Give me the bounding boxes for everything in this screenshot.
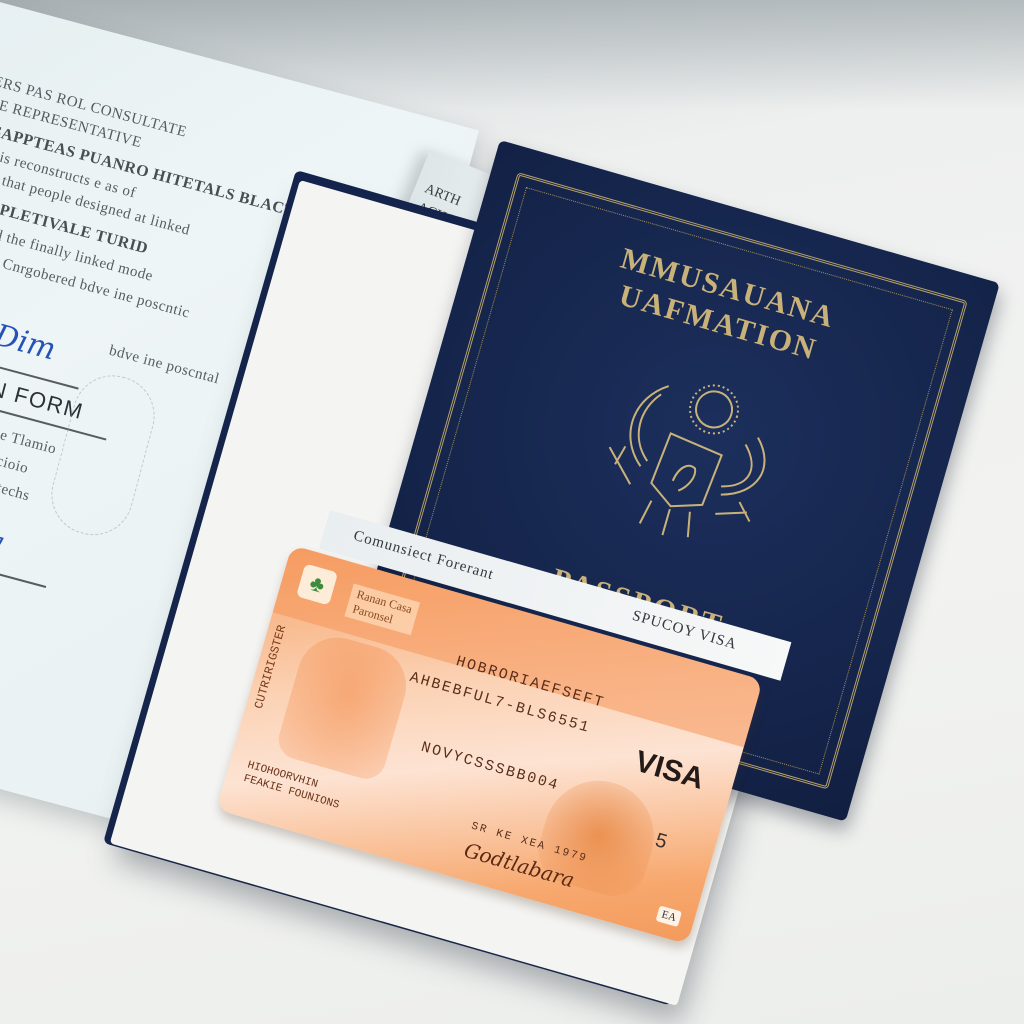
visa-number-row: NOVYCSSSBB004 xyxy=(419,739,561,795)
signature: sDim xyxy=(0,314,59,368)
holder-photo-ghost xyxy=(274,628,416,783)
signature: Ju/ay xyxy=(0,507,7,561)
visa-label: VISA xyxy=(631,745,708,797)
visa-corner-code: EA xyxy=(656,905,682,927)
signature-line xyxy=(0,550,46,588)
visa-entries: 5 xyxy=(652,829,669,854)
